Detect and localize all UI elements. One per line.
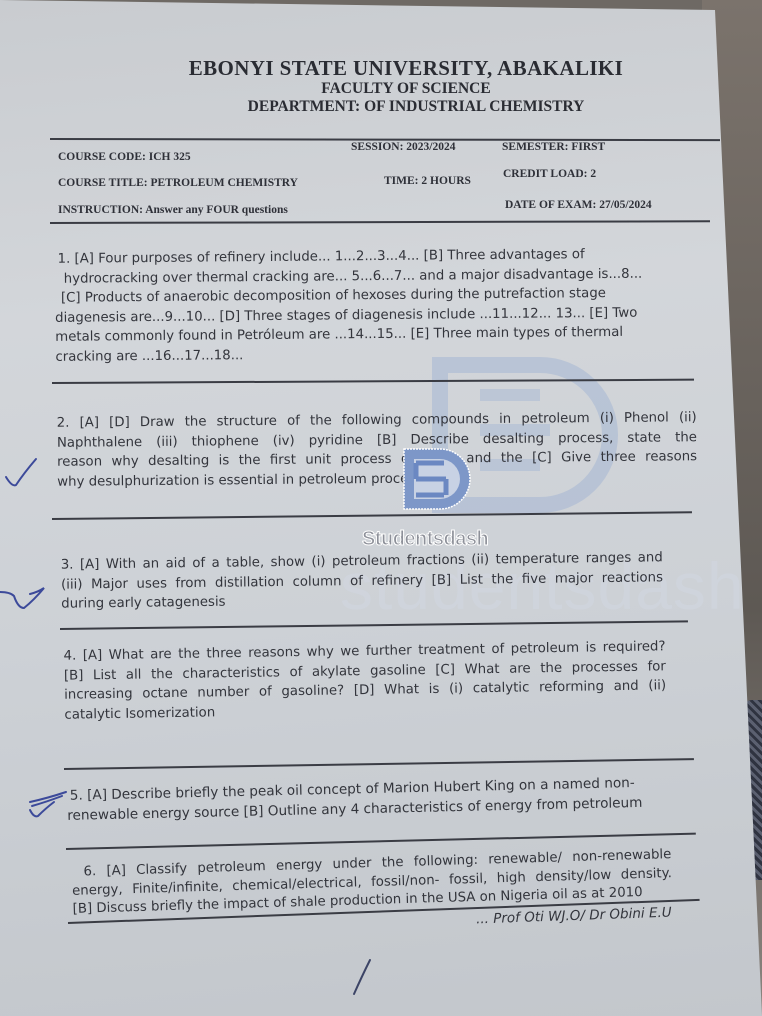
question-4: 4. [A] What are the three reasons why we… bbox=[63, 637, 666, 724]
semester: SEMESTER: FIRST bbox=[502, 141, 605, 153]
university-name: EBONYI STATE UNIVERSITY, ABAKALIKI bbox=[0, 56, 762, 81]
faculty-name: FACULTY OF SCIENCE bbox=[0, 80, 762, 98]
course-code: COURSE CODE: ICH 325 bbox=[58, 151, 191, 163]
question-5: 5. [A] Describe briefly the peak oil con… bbox=[70, 773, 671, 826]
exam-date: DATE OF EXAM: 27/05/2024 bbox=[505, 199, 652, 211]
question-3: 3. [A] With an aid of a table, show (i) … bbox=[61, 548, 664, 614]
checkmark-icon bbox=[0, 584, 46, 614]
divider bbox=[50, 220, 710, 223]
session: SESSION: 2023/2024 bbox=[351, 141, 455, 153]
question-1: 1. [A] Four purposes of refinery include… bbox=[58, 244, 699, 367]
exam-paper: EBONYI STATE UNIVERSITY, ABAKALIKI FACUL… bbox=[0, 0, 762, 1016]
pen-mark bbox=[350, 958, 374, 998]
question-2: 2. [A] [D] Draw the structure of the fol… bbox=[57, 408, 698, 492]
watermark-text: Studentsdash bbox=[362, 528, 488, 551]
watermark-logo bbox=[400, 445, 472, 513]
checkmark-icon bbox=[4, 455, 38, 491]
examiner-signature: ... Prof Oti WJ.O/ Dr Obini E.U bbox=[476, 905, 672, 928]
department-name: DEPARTMENT: OF INDUSTRIAL CHEMISTRY bbox=[0, 98, 762, 116]
instruction: INSTRUCTION: Answer any FOUR questions bbox=[58, 204, 288, 216]
exam-time: TIME: 2 HOURS bbox=[384, 175, 471, 187]
credit-load: CREDIT LOAD: 2 bbox=[503, 168, 596, 180]
checkmark-icon bbox=[28, 790, 70, 820]
divider bbox=[64, 758, 694, 770]
course-title: COURSE TITLE: PETROLEUM CHEMISTRY bbox=[58, 177, 298, 189]
divider bbox=[52, 511, 692, 520]
